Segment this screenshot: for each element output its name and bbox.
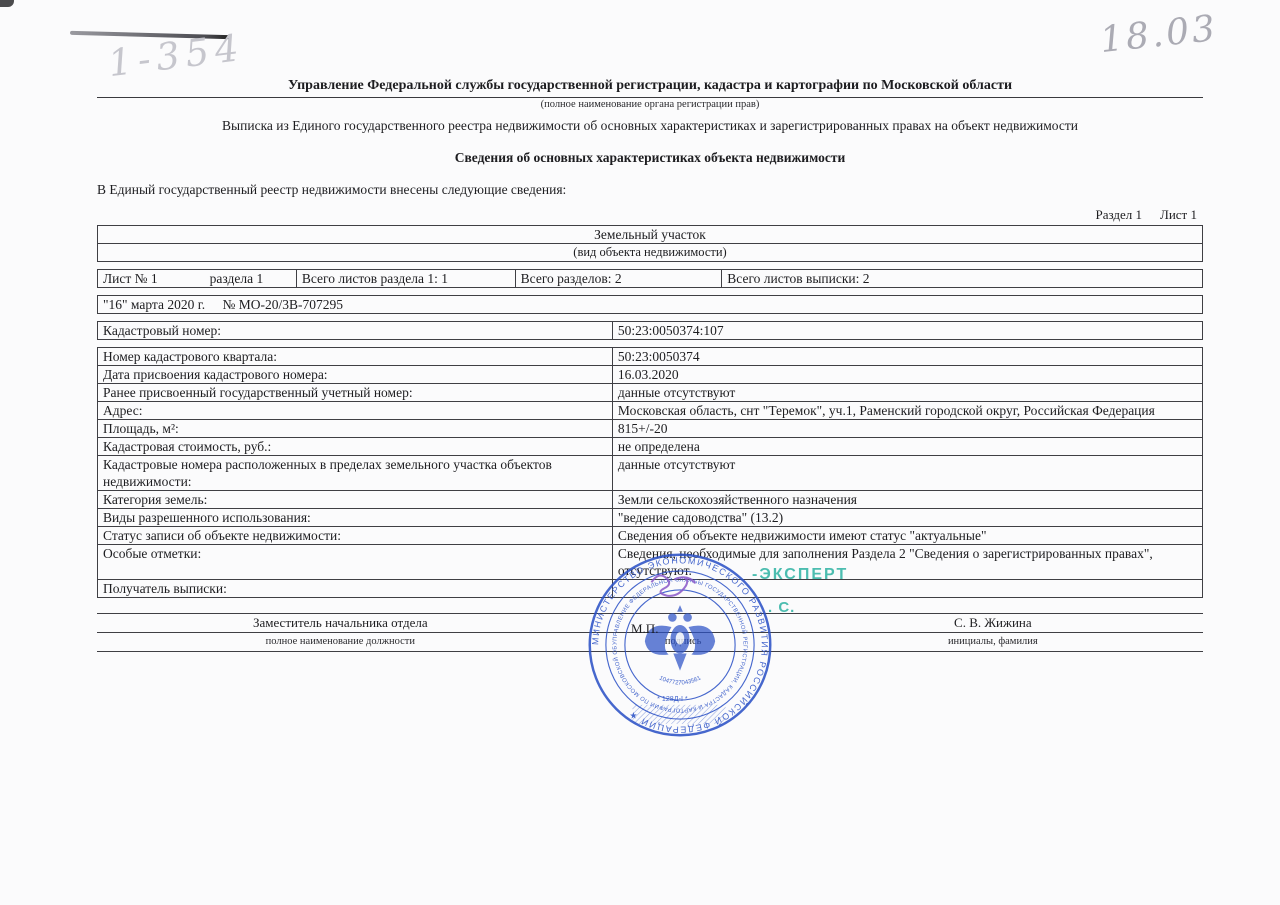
- svg-text:1047727043561: 1047727043561: [658, 674, 703, 686]
- attribute-value: 815+/-20: [612, 420, 1202, 438]
- sheet-number-cell: Лист № 1раздела 1: [98, 270, 297, 288]
- sheet-info-table: Лист № 1раздела 1 Всего листов раздела 1…: [97, 269, 1203, 288]
- table-row: Ранее присвоенный государственный учетны…: [98, 384, 1203, 402]
- date-number-cell: "16" марта 2020 г. № МО-20/3В-707295: [98, 296, 1203, 314]
- attribute-value: "ведение садоводства" (13.2): [612, 509, 1202, 527]
- list-label: Лист 1: [1160, 207, 1197, 222]
- document-title: Выписка из Единого государственного реес…: [97, 118, 1203, 134]
- object-type-table: Земельный участок (вид объекта недвижимо…: [97, 225, 1203, 262]
- table-row: Номер кадастрового квартала:50:23:005037…: [98, 348, 1203, 366]
- attribute-value: 50:23:0050374:107: [612, 322, 1202, 340]
- sheet-section: раздела 1: [210, 271, 264, 286]
- seal-code-text: * 128Д-I *: [657, 695, 688, 703]
- attribute-label: Дата присвоения кадастрового номера:: [98, 366, 613, 384]
- attribute-value: данные отсутствуют: [612, 384, 1202, 402]
- extract-number: № МО-20/3В-707295: [222, 297, 343, 312]
- intro-text: В Единый государственный реестр недвижим…: [97, 182, 1203, 198]
- table-row: Кадастровая стоимость, руб.:не определен…: [98, 438, 1203, 456]
- attribute-label: Виды разрешенного использования:: [98, 509, 613, 527]
- section-heading: Сведения об основных характеристиках объ…: [97, 150, 1203, 166]
- attribute-value: данные отсутствуют: [612, 456, 1202, 491]
- name-caption: инициалы, фамилия: [783, 633, 1203, 652]
- official-seal: МИНИСТЕРСТВО ЭКОНОМИЧЕСКОГО РАЗВИТИЯ РОС…: [585, 550, 775, 740]
- attribute-value: Земли сельскохозяйственного назначения: [612, 491, 1202, 509]
- attribute-label: Кадастровые номера расположенных в преде…: [98, 456, 613, 491]
- attribute-value: Московская область, снт "Теремок", уч.1,…: [612, 402, 1202, 420]
- total-sections: Всего разделов: 2: [515, 270, 722, 288]
- seal-place-mark: М.П.: [631, 621, 658, 637]
- attribute-label: Номер кадастрового квартала:: [98, 348, 613, 366]
- object-type-caption: (вид объекта недвижимости): [98, 244, 1203, 262]
- date-number-table: "16" марта 2020 г. № МО-20/3В-707295: [97, 295, 1203, 314]
- attribute-value: 16.03.2020: [612, 366, 1202, 384]
- scan-corner-artifact: [0, 0, 14, 7]
- attribute-label: Кадастровый номер:: [98, 322, 613, 340]
- attribute-label: Категория земель:: [98, 491, 613, 509]
- table-row: Адрес:Московская область, снт "Теремок",…: [98, 402, 1203, 420]
- signer-position: Заместитель начальника отдела: [97, 614, 584, 633]
- table-row: Категория земель:Земли сельскохозяйствен…: [98, 491, 1203, 509]
- attribute-label: Кадастровая стоимость, руб.:: [98, 438, 613, 456]
- attribute-label: Получатель выписки:: [98, 580, 613, 598]
- attribute-label: Площадь, м²:: [98, 420, 613, 438]
- issue-date: "16" марта 2020 г.: [103, 297, 205, 312]
- seal-ogrn-text: 1047727043561: [658, 674, 703, 686]
- attribute-label: Ранее присвоенный государственный учетны…: [98, 384, 613, 402]
- section-sheet-indicator: Раздел 1Лист 1: [97, 207, 1203, 223]
- attribute-label: Статус записи об объекте недвижимости:: [98, 527, 613, 545]
- attribute-value: 50:23:0050374: [612, 348, 1202, 366]
- table-row: Виды разрешенного использования:"ведение…: [98, 509, 1203, 527]
- double-eagle-emblem-icon: [645, 605, 715, 671]
- attribute-value: Сведения об объекте недвижимости имеют с…: [612, 527, 1202, 545]
- signer-name: С. В. Жижина: [783, 614, 1203, 633]
- registration-authority-title: Управление Федеральной службы государств…: [97, 78, 1203, 98]
- attribute-value: не определена: [612, 438, 1202, 456]
- attribute-label: Адрес:: [98, 402, 613, 420]
- object-type-value: Земельный участок: [98, 226, 1203, 244]
- razdel-label: Раздел 1: [1095, 207, 1142, 222]
- table-row: Дата присвоения кадастрового номера:16.0…: [98, 366, 1203, 384]
- sheet-number: Лист № 1: [103, 271, 158, 286]
- cadastral-number-table: Кадастровый номер: 50:23:0050374:107: [97, 321, 1203, 340]
- total-sheets: Всего листов выписки: 2: [722, 270, 1203, 288]
- authority-caption: (полное наименование органа регистрации …: [97, 99, 1203, 110]
- sheets-in-section: Всего листов раздела 1: 1: [296, 270, 515, 288]
- table-row: Статус записи об объекте недвижимости:Св…: [98, 527, 1203, 545]
- official-seal-icon: МИНИСТЕРСТВО ЭКОНОМИЧЕСКОГО РАЗВИТИЯ РОС…: [585, 550, 775, 740]
- attribute-label: Особые отметки:: [98, 545, 613, 580]
- seal-ogrn-hatch-box: [633, 705, 726, 724]
- table-row: Площадь, м²:815+/-20: [98, 420, 1203, 438]
- table-row: Кадастровые номера расположенных в преде…: [98, 456, 1203, 491]
- position-caption: полное наименование должности: [97, 633, 584, 652]
